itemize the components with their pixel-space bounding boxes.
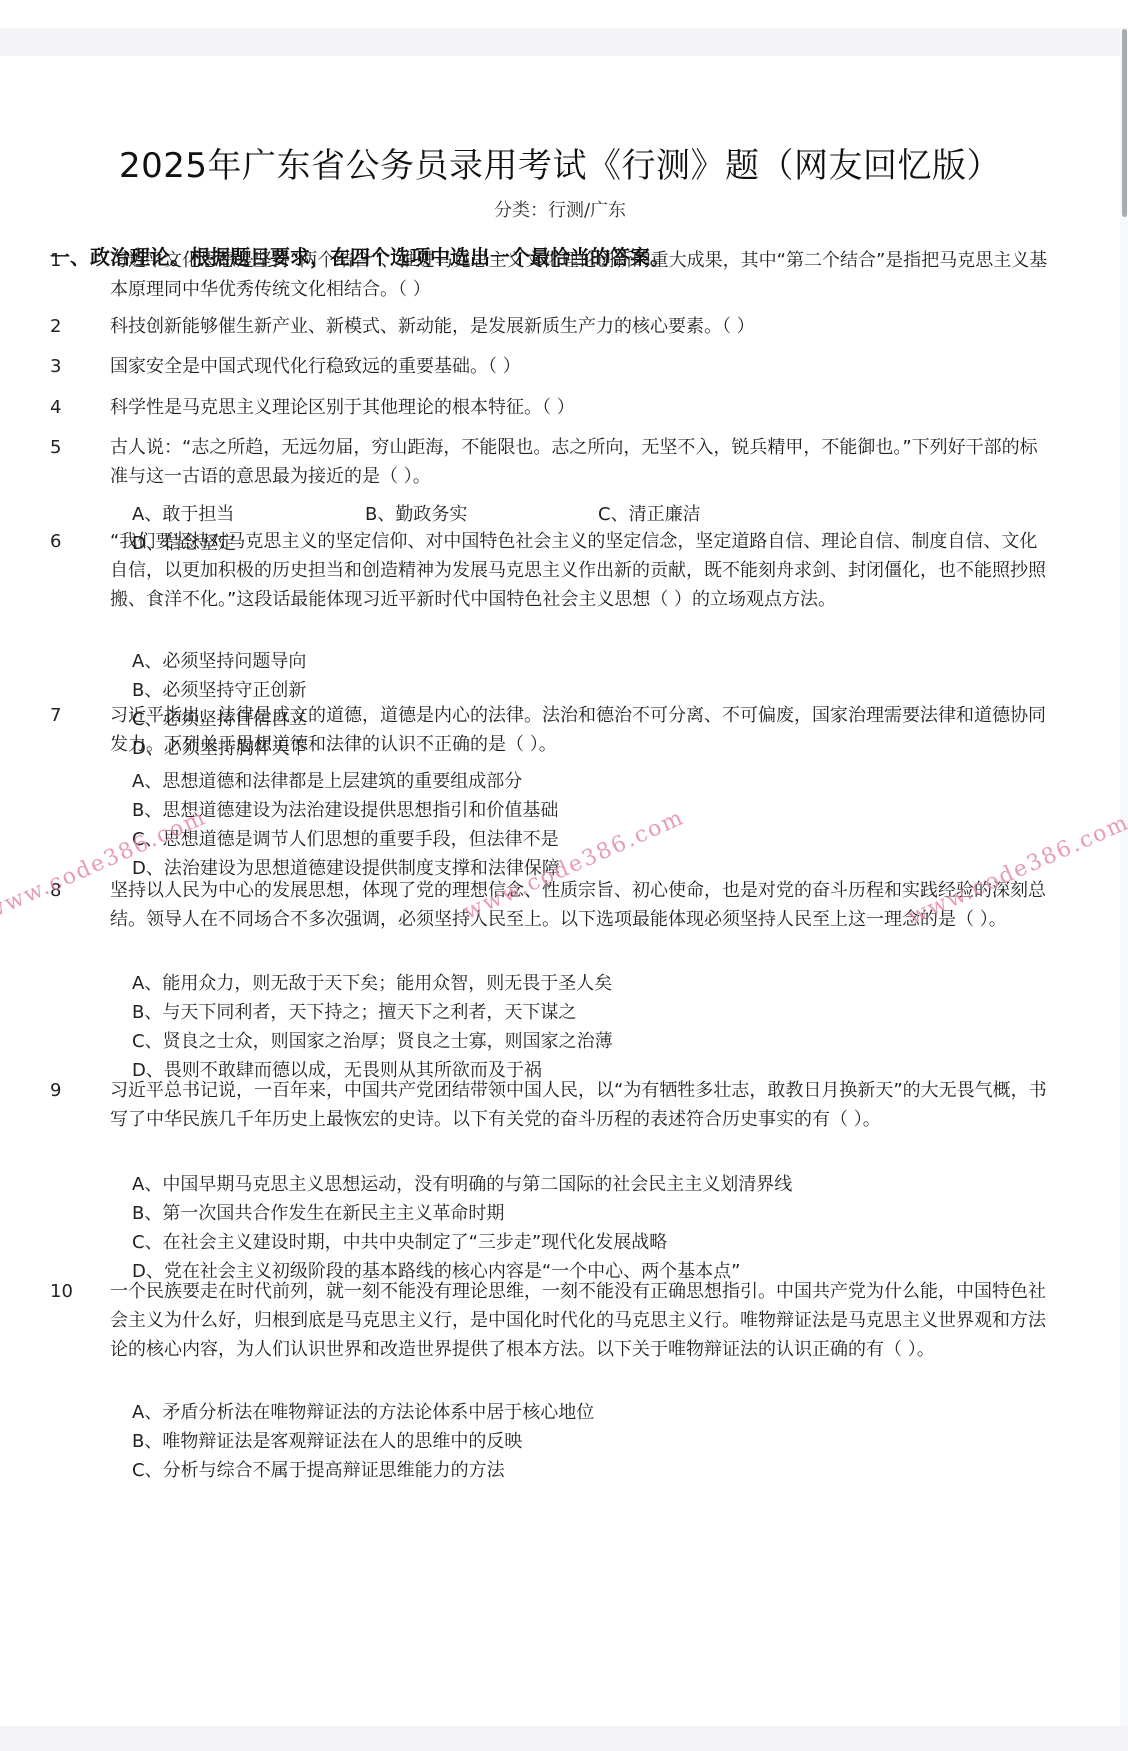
- option-a[interactable]: A、矛盾分析法在唯物辩证法的方法论体系中居于核心地位: [132, 1398, 1032, 1427]
- question-number: 6: [50, 527, 90, 556]
- top-toolbar-band: [0, 28, 1120, 56]
- question-number: 4: [50, 393, 90, 422]
- question-number: 3: [50, 352, 90, 381]
- question-number: 2: [50, 312, 90, 341]
- question-text: 古人说：“志之所趋，无远勿届，穷山距海，不能限也。志之所向，无坚不入，锐兵精甲，…: [110, 433, 1050, 491]
- option-a[interactable]: A、能用众力，则无敌于天下矣；能用众智，则无畏于圣人矣: [132, 969, 1032, 998]
- scrollbar-track[interactable]: [1120, 28, 1128, 1726]
- document-title: 2025年广东省公务员录用考试《行测》题（网友回忆版）: [0, 138, 1120, 187]
- question-text: 一个民族要走在时代前列，就一刻不能没有理论思维，一刻不能没有正确思想指引。中国共…: [110, 1277, 1050, 1364]
- question-number: 10: [50, 1277, 90, 1306]
- question-number: 5: [50, 433, 90, 462]
- question-text: 科技创新能够催生新产业、新模式、新动能，是发展新质生产力的核心要素。（ ）: [110, 312, 1050, 341]
- option-b[interactable]: B、第一次国共合作发生在新民主主义革命时期: [132, 1199, 1032, 1228]
- question-number: 9: [50, 1076, 90, 1105]
- option-a[interactable]: A、中国早期马克思主义思想运动，没有明确的与第二国际的社会民主主义划清界线: [132, 1170, 1032, 1199]
- option-b[interactable]: B、勤政务实: [365, 500, 598, 529]
- scrollbar-thumb[interactable]: [1122, 29, 1127, 217]
- question-10-options: A、矛盾分析法在唯物辩证法的方法论体系中居于核心地位 B、唯物辩证法是客观辩证法…: [132, 1398, 1032, 1485]
- question-number: 1: [50, 246, 90, 275]
- option-c[interactable]: C、分析与综合不属于提高辩证思维能力的方法: [132, 1456, 1032, 1485]
- question-text: 国家安全是中国式现代化行稳致远的重要基础。（ ）: [110, 352, 1050, 381]
- question-text: 习近平指出，法律是成文的道德，道德是内心的法律。法治和德治不可分离、不可偏废，国…: [110, 701, 1050, 759]
- question-number: 7: [50, 701, 90, 730]
- option-c[interactable]: C、在社会主义建设时期，中共中央制定了“三步走”现代化发展战略: [132, 1228, 1032, 1257]
- question-9-options: A、中国早期马克思主义思想运动，没有明确的与第二国际的社会民主主义划清界线 B、…: [132, 1170, 1032, 1286]
- question-text: “我们要坚持对马克思主义的坚定信仰、对中国特色社会主义的坚定信念，坚定道路自信、…: [110, 527, 1050, 614]
- option-b[interactable]: B、唯物辩证法是客观辩证法在人的思维中的反映: [132, 1427, 1032, 1456]
- option-c[interactable]: C、清正廉洁: [598, 500, 831, 529]
- question-text: 习近平文化思想是坚持“两个结合”、推进马克思主义文化理论创新的重大成果，其中“第…: [110, 246, 1050, 304]
- question-text: 习近平总书记说，一百年来，中国共产党团结带领中国人民，以“为有牺牲多壮志，敢教日…: [110, 1076, 1050, 1134]
- bottom-band: [0, 1726, 1128, 1751]
- option-b[interactable]: B、与天下同利者，天下持之；擅天下之利者，天下谋之: [132, 998, 1032, 1027]
- option-a[interactable]: A、思想道德和法律都是上层建筑的重要组成部分: [132, 767, 1032, 796]
- option-c[interactable]: C、贤良之士众，则国家之治厚；贤良之士寡，则国家之治薄: [132, 1027, 1032, 1056]
- question-text: 科学性是马克思主义理论区别于其他理论的根本特征。（ ）: [110, 393, 1050, 422]
- question-8-options: A、能用众力，则无敌于天下矣；能用众智，则无畏于圣人矣 B、与天下同利者，天下持…: [132, 969, 1032, 1085]
- option-b[interactable]: B、思想道德建设为法治建设提供思想指引和价值基础: [132, 796, 1032, 825]
- option-a[interactable]: A、敢于担当: [132, 500, 365, 529]
- document-category: 分类：行测/广东: [0, 196, 1120, 222]
- option-a[interactable]: A、必须坚持问题导向: [132, 647, 600, 676]
